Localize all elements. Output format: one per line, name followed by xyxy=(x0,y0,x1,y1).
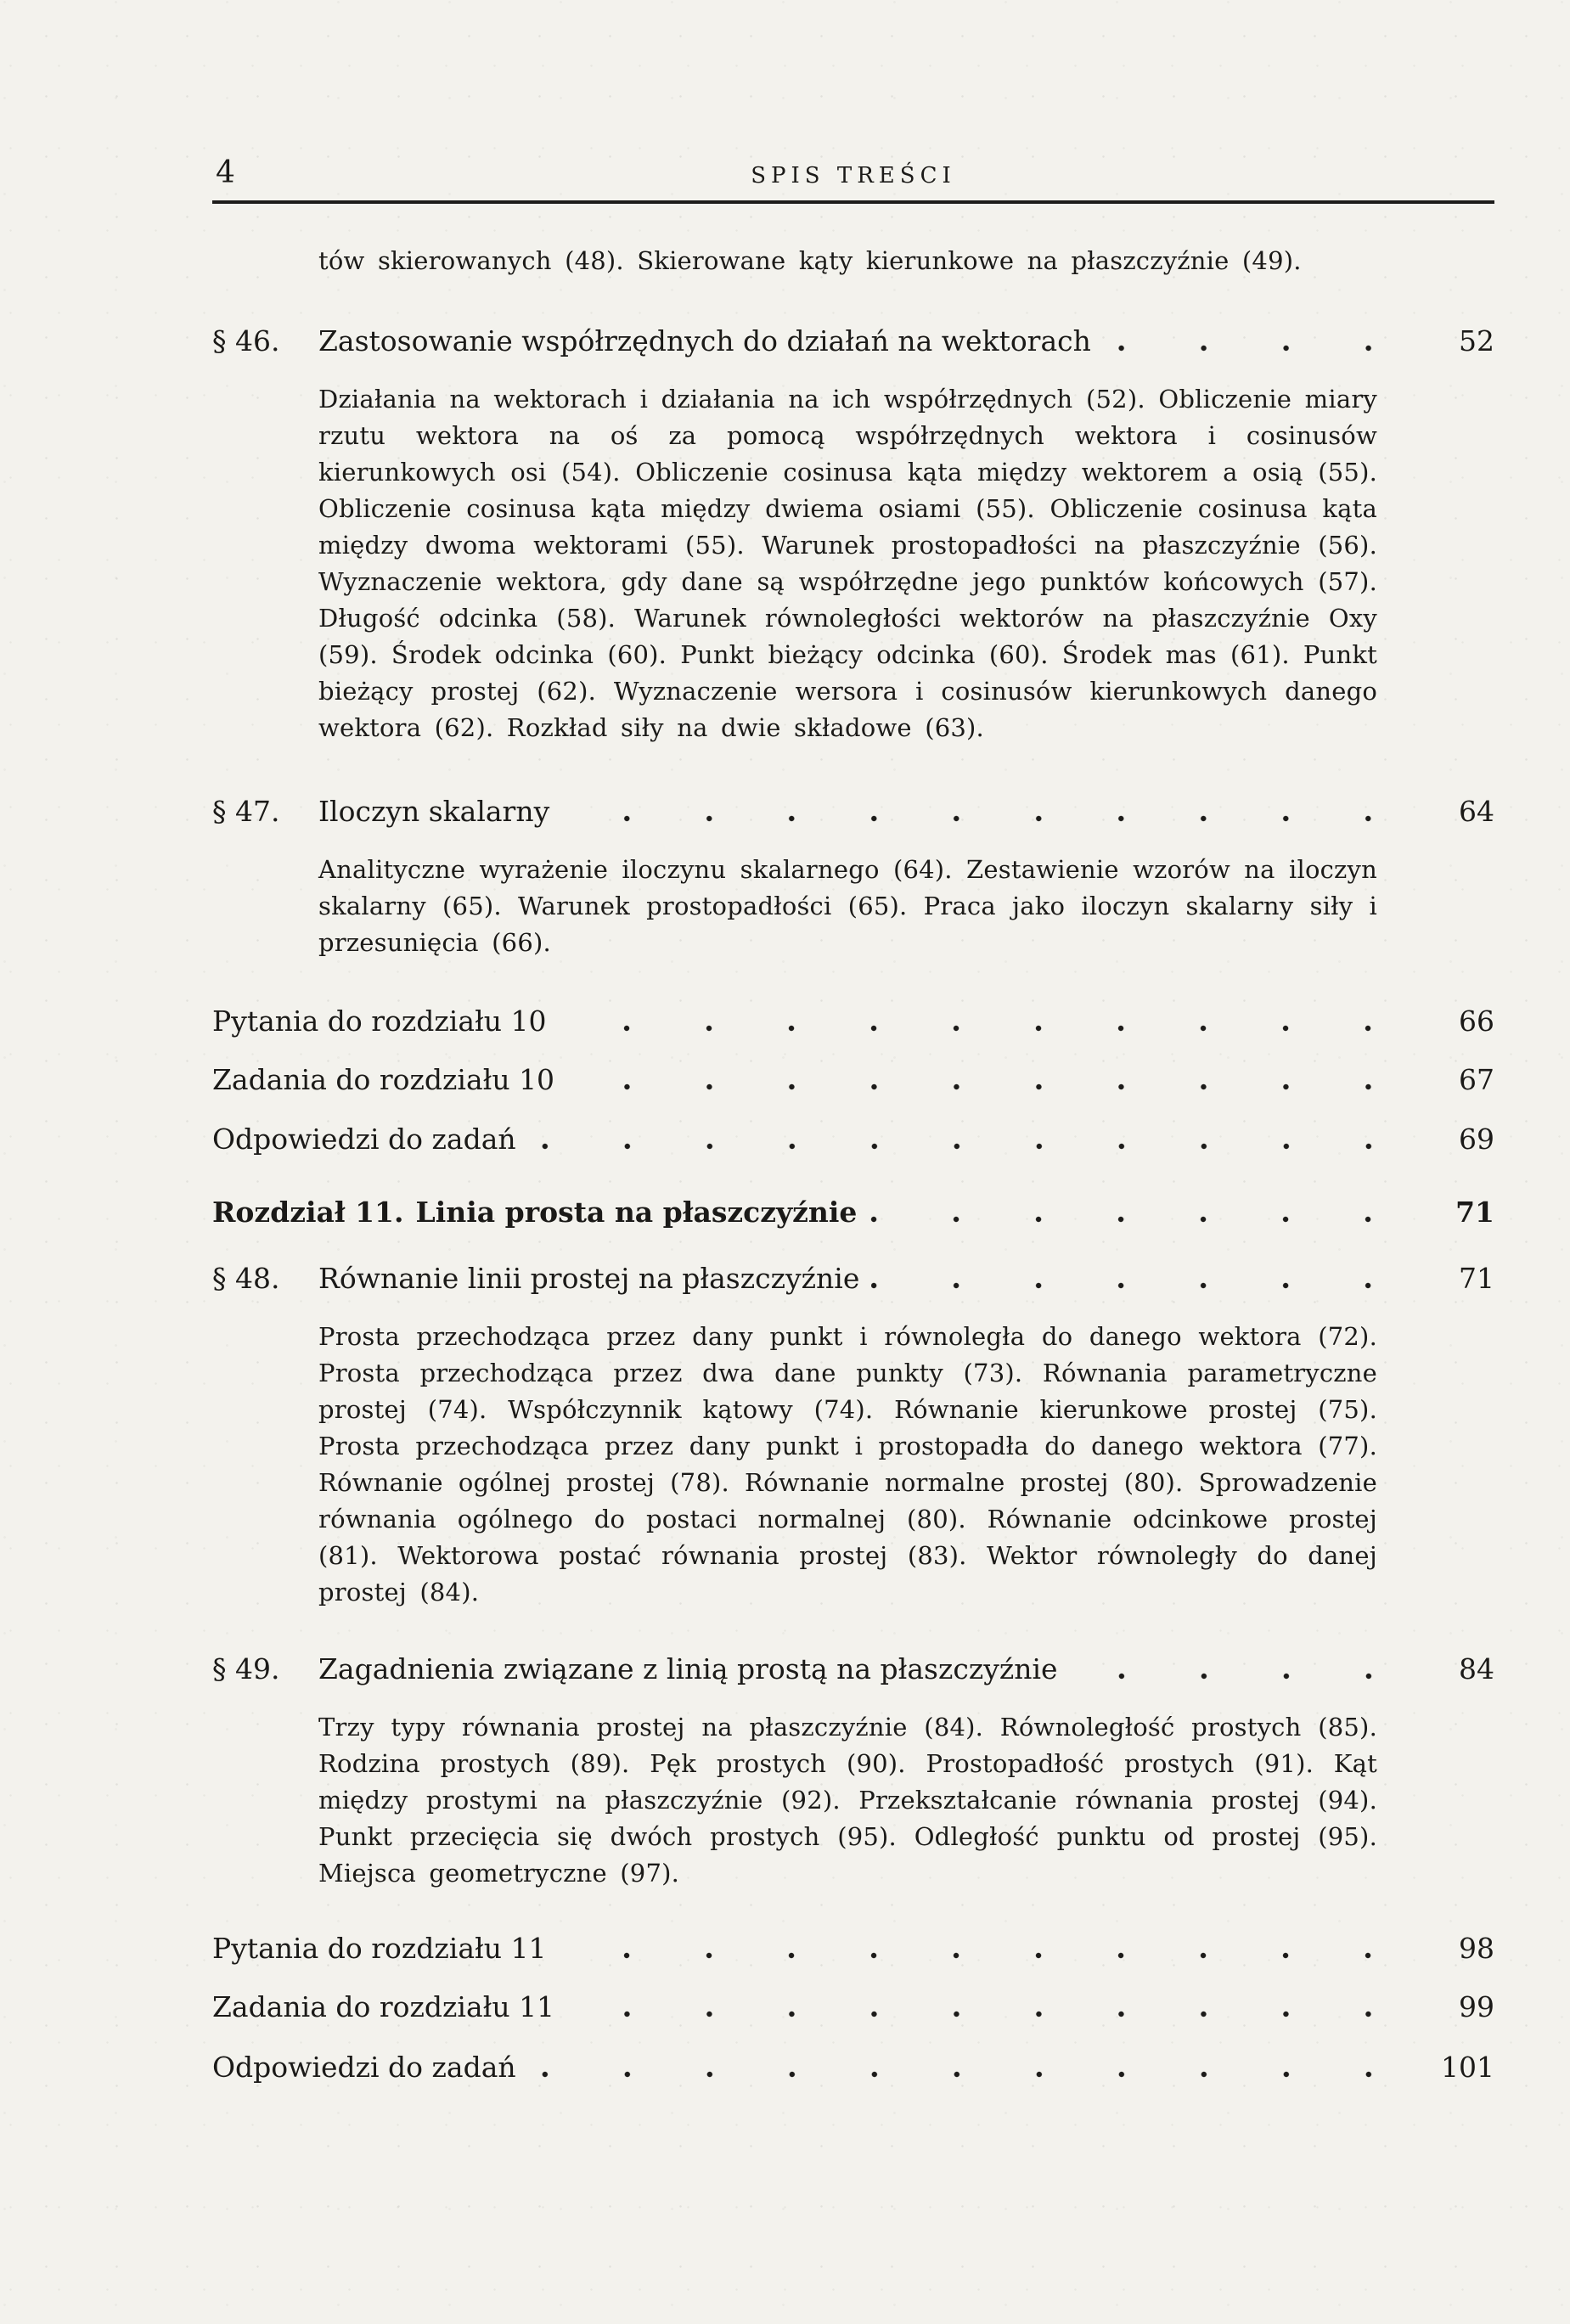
page-title: SPIS TREŚCI xyxy=(751,163,956,189)
page-header: 4 SPIS TREŚCI xyxy=(212,155,1494,199)
dot-leader xyxy=(566,1082,1410,1092)
page-number: 4 xyxy=(216,155,235,192)
toc-entry-questions-ch10: Pytania do rozdziału 10 66 xyxy=(212,1004,1494,1039)
section-title: Zastosowanie współrzędnych do działań na… xyxy=(318,324,1091,359)
dot-leader xyxy=(558,1950,1410,1961)
toc-entry-section-49: § 49. Zagadnienia związane z linią prost… xyxy=(212,1652,1494,1687)
entry-title: Pytania do rozdziału 10 xyxy=(212,1004,546,1039)
toc-entry-section-46: § 46. Zastosowanie współrzędnych do dzia… xyxy=(212,324,1494,359)
section-label: § 47. xyxy=(212,794,318,830)
toc-entry-section-46-description: Działania na wektorach i działania na ic… xyxy=(318,381,1377,746)
page-ref: 64 xyxy=(1423,794,1494,830)
section-label: § 46. xyxy=(212,324,318,359)
page-ref: 69 xyxy=(1423,1122,1494,1157)
toc-entry-answers-ch10: Odpowiedzi do zadań 69 xyxy=(212,1122,1494,1157)
section-title: Równanie linii prostej na płaszczyźnie xyxy=(318,1261,859,1297)
scanned-book-page: 4 SPIS TREŚCI tów skierowanych (48). Ski… xyxy=(0,0,1570,2324)
section-title: Zagadnienia związane z linią prostą na p… xyxy=(318,1652,1058,1687)
section-label: § 49. xyxy=(212,1652,318,1687)
page-ref: 52 xyxy=(1423,324,1494,359)
toc-entry-section-48: § 48. Równanie linii prostej na płaszczy… xyxy=(212,1261,1494,1297)
dot-leader xyxy=(869,1214,1410,1224)
page-ref: 71 xyxy=(1423,1261,1494,1297)
toc-entry-answers-ch11: Odpowiedzi do zadań 101 xyxy=(212,2050,1494,2085)
page-ref: 84 xyxy=(1423,1652,1494,1687)
dot-leader xyxy=(566,2009,1410,2019)
entry-title: Zadania do rozdziału 10 xyxy=(212,1062,554,1098)
toc-entry-questions-ch11: Pytania do rozdziału 11 98 xyxy=(212,1931,1494,1967)
chapter-label: Rozdział 11. xyxy=(212,1195,404,1230)
toc-entry-section-47-description: Analityczne wyrażenie iloczynu skalarneg… xyxy=(318,852,1377,961)
dot-leader xyxy=(528,1141,1410,1151)
page-ref: 99 xyxy=(1423,1989,1494,2025)
page-ref: 71 xyxy=(1423,1195,1494,1230)
entry-title: Pytania do rozdziału 11 xyxy=(212,1931,546,1967)
dot-leader xyxy=(1103,343,1410,353)
toc-entry-section-49-description: Trzy typy równania prostej na płaszczyźn… xyxy=(318,1709,1377,1892)
section-title: Iloczyn skalarny xyxy=(318,794,549,830)
toc-entry-chapter-11: Rozdział 11. Linia prosta na płaszczyźni… xyxy=(212,1195,1494,1230)
page-ref: 101 xyxy=(1423,2050,1494,2085)
chapter-title: Linia prosta na płaszczyźnie xyxy=(416,1195,858,1230)
dot-leader xyxy=(558,1023,1410,1033)
dot-leader xyxy=(871,1280,1410,1291)
toc-entry-problems-ch10: Zadania do rozdziału 10 67 xyxy=(212,1062,1494,1098)
entry-title: Zadania do rozdziału 11 xyxy=(212,1989,554,2025)
page-ref: 66 xyxy=(1423,1004,1494,1039)
page-ref: 98 xyxy=(1423,1931,1494,1967)
toc-content: 4 SPIS TREŚCI tów skierowanych (48). Ski… xyxy=(212,155,1494,2085)
toc-continuation-paragraph: tów skierowanych (48). Skierowane kąty k… xyxy=(318,243,1377,279)
toc-entry-problems-ch11: Zadania do rozdziału 11 99 xyxy=(212,1989,1494,2025)
entry-title: Odpowiedzi do zadań xyxy=(212,1122,516,1157)
dot-leader xyxy=(561,813,1410,824)
header-rule xyxy=(212,200,1494,204)
entry-title: Odpowiedzi do zadań xyxy=(212,2050,516,2085)
section-label: § 48. xyxy=(212,1261,318,1297)
toc-entry-section-48-description: Prosta przechodząca przez dany punkt i r… xyxy=(318,1319,1377,1611)
toc-entry-section-47: § 47. Iloczyn skalarny 64 xyxy=(212,794,1494,830)
dot-leader xyxy=(528,2069,1410,2079)
dot-leader xyxy=(1070,1671,1410,1681)
page-ref: 67 xyxy=(1423,1062,1494,1098)
